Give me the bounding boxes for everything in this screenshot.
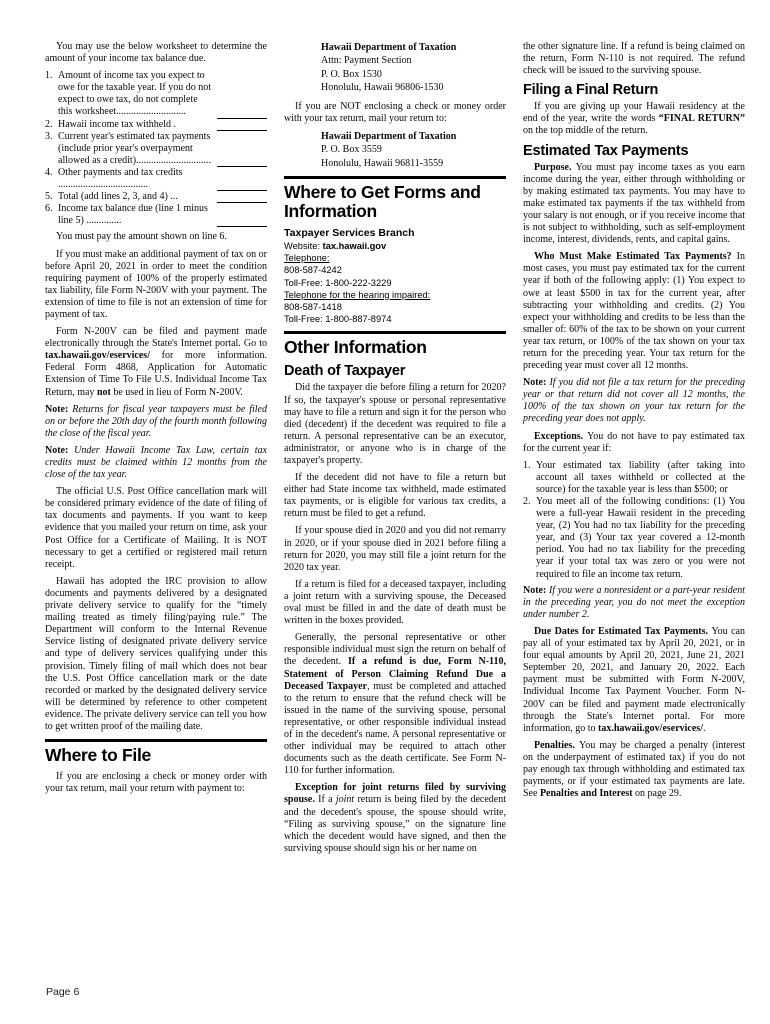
mailing-address-no-payment: Hawaii Department of Taxation P. O. Box …	[321, 130, 506, 170]
worksheet-blank-line	[217, 156, 267, 167]
worksheet-item-text: Current year's estimated tax payments (i…	[58, 131, 212, 167]
worksheet-row-6: 6.Income tax balance due (line 1 minus l…	[45, 203, 267, 227]
worksheet-blank-line	[217, 108, 267, 119]
section-divider	[284, 331, 506, 334]
taxpayer-services-contact: Taxpayer Services Branch Website: tax.ha…	[284, 227, 506, 325]
paragraph: Did the taxpayer die before filing a ret…	[284, 382, 506, 467]
worksheet-item-number: 1.	[45, 70, 58, 82]
paragraph: If a return is filed for a deceased taxp…	[284, 579, 506, 627]
website-link-text: tax.hawaii.gov	[323, 241, 387, 251]
worksheet-row-1: 1.Amount of income tax you expect to owe…	[45, 70, 267, 118]
column-layout: You may use the below worksheet to deter…	[45, 41, 740, 860]
mailing-address-payment: Hawaii Department of Taxation Attn: Paym…	[321, 41, 506, 95]
website-label: Website:	[284, 241, 323, 251]
worksheet-blank-line	[217, 180, 267, 191]
contact-website-line: Website: tax.hawaii.gov	[284, 240, 506, 252]
eservices-link-text: tax.hawaii.gov/eservices/	[45, 350, 150, 361]
worksheet-item-text: Income tax balance due (line 1 minus lin…	[58, 203, 212, 227]
paragraph: Exceptions. You do not have to pay estim…	[523, 431, 745, 455]
paragraph: The official U.S. Post Office cancellati…	[45, 486, 267, 571]
note-text: Returns for fiscal year taxpayers must b…	[45, 404, 267, 439]
paragraph: Due Dates for Estimated Tax Payments. Yo…	[523, 626, 745, 735]
paragraph: If you must make an additional payment o…	[45, 249, 267, 322]
runin-heading: Who Must Make Estimated Tax Payments?	[534, 251, 737, 262]
text-run: You can pay all of your estimated tax by…	[523, 626, 745, 734]
worksheet-blank-line	[217, 192, 267, 203]
text-run: If a	[318, 794, 336, 805]
worksheet-item-number: 4.	[45, 167, 58, 179]
text-run: You must pay income taxes as you earn in…	[523, 162, 745, 246]
column-left: You may use the below worksheet to deter…	[45, 41, 267, 860]
runin-heading: Penalties.	[534, 740, 579, 751]
text-run: , must be completed and attached to the …	[284, 681, 506, 777]
contact-tty-tollfree-number: Toll-Free: 1-800-887-8974	[284, 313, 506, 325]
paragraph: If you are NOT enclosing a check or mone…	[284, 101, 506, 125]
text-run: .	[703, 723, 706, 734]
list-item-text: You meet all of the following conditions…	[536, 496, 745, 581]
paragraph: Exception for joint returns filed by sur…	[284, 782, 506, 855]
paragraph: Penalties. You may be charged a penalty …	[523, 740, 745, 800]
text-run: In most cases, you must pay estimated ta…	[523, 251, 745, 371]
intro-paragraph: You may use the below worksheet to deter…	[45, 41, 267, 65]
page-number: Page 6	[46, 986, 79, 998]
address-line: Honolulu, Hawaii 96811-3559	[321, 157, 506, 170]
text-run: “FINAL RETURN”	[659, 113, 745, 124]
heading-other-information: Other Information	[284, 338, 506, 357]
runin-heading: Exceptions.	[534, 431, 587, 442]
note-label: Note:	[523, 377, 549, 388]
paragraph: Form N-200V can be filed and payment mad…	[45, 326, 267, 399]
worksheet-blank-line	[217, 216, 267, 227]
paragraph: If the decedent did not have to file a r…	[284, 472, 506, 520]
heading-death-of-taxpayer: Death of Taxpayer	[284, 363, 506, 379]
text-run: be used in lieu of Form N-200V.	[111, 387, 243, 398]
heading-where-to-file: Where to File	[45, 746, 267, 765]
text-run: joint	[336, 794, 354, 805]
column-middle: Hawaii Department of Taxation Attn: Paym…	[284, 41, 506, 860]
exceptions-list: 1.Your estimated tax liability (after ta…	[523, 460, 745, 581]
worksheet-blank-line	[217, 120, 267, 131]
worksheet-row-2: 2.Hawaii income tax withheld .	[45, 119, 267, 131]
text-run: not	[97, 387, 111, 398]
note-label: Note:	[45, 445, 74, 456]
worksheet-item-text: Hawaii income tax withheld .	[58, 119, 212, 131]
text-run: Penalties and Interest	[540, 788, 633, 799]
heading-filing-a-final-return: Filing a Final Return	[523, 82, 745, 98]
note-paragraph: Note: If you were a nonresident or a par…	[523, 585, 745, 621]
contact-tollfree-number: Toll-Free: 1-800-222-3229	[284, 277, 506, 289]
list-item-2: 2.You meet all of the following conditio…	[523, 496, 745, 581]
worksheet-row-3: 3.Current year's estimated tax payments …	[45, 131, 267, 167]
worksheet-item-number: 3.	[45, 131, 58, 143]
address-line: Hawaii Department of Taxation	[321, 130, 506, 143]
note-label: Note:	[45, 404, 72, 415]
eservices-link-text: tax.hawaii.gov/eservices/	[598, 723, 703, 734]
contact-telephone-label: Telephone:	[284, 252, 506, 264]
note-paragraph: Note: Under Hawaii Income Tax Law, certa…	[45, 445, 267, 481]
section-divider	[45, 739, 267, 742]
list-item-number: 2.	[523, 496, 536, 581]
document-page: You may use the below worksheet to deter…	[0, 0, 770, 1024]
paragraph: If you are enclosing a check or money or…	[45, 771, 267, 795]
contact-tty-number: 808-587-1418	[284, 301, 506, 313]
list-item-number: 1.	[523, 460, 536, 496]
address-line: Attn: Payment Section	[321, 54, 506, 67]
address-line: P. O. Box 3559	[321, 143, 506, 156]
note-label: Note:	[523, 585, 549, 596]
worksheet-item-number: 6.	[45, 203, 58, 215]
address-line: Hawaii Department of Taxation	[321, 41, 506, 54]
worksheet-row-5: 5.Total (add lines 2, 3, and 4) ...	[45, 191, 267, 203]
paragraph: Who Must Make Estimated Tax Payments? In…	[523, 251, 745, 372]
column-right: the other signature line. If a refund is…	[523, 41, 745, 860]
section-divider	[284, 176, 506, 179]
note-text: If you were a nonresident or a part-year…	[523, 585, 745, 620]
text-run: Form N-200V can be filed and payment mad…	[45, 326, 267, 349]
paragraph: Generally, the personal representative o…	[284, 632, 506, 777]
runin-heading: Due Dates for Estimated Tax Payments.	[534, 626, 711, 637]
paragraph: If you are giving up your Hawaii residen…	[523, 101, 745, 137]
list-item-text: Your estimated tax liability (after taki…	[536, 460, 745, 496]
pay-amount-line: You must pay the amount shown on line 6.	[45, 231, 267, 243]
note-text: If you did not file a tax return for the…	[523, 377, 745, 424]
worksheet-row-4: 4.Other payments and tax credits .......…	[45, 167, 267, 191]
note-paragraph: Note: Returns for fiscal year taxpayers …	[45, 404, 267, 440]
continuation-paragraph: the other signature line. If a refund is…	[523, 41, 745, 77]
worksheet-item-number: 5.	[45, 191, 58, 203]
tax-balance-worksheet: 1.Amount of income tax you expect to owe…	[45, 70, 267, 227]
note-text: Under Hawaii Income Tax Law, certain tax…	[45, 445, 267, 480]
note-paragraph: Note: If you did not file a tax return f…	[523, 377, 745, 425]
paragraph: If your spouse died in 2020 and you did …	[284, 525, 506, 573]
heading-where-to-get-forms: Where to Get Forms and Information	[284, 183, 506, 221]
paragraph: Hawaii has adopted the IRC provision to …	[45, 576, 267, 733]
runin-heading: Purpose.	[534, 162, 576, 173]
worksheet-item-text: Other payments and tax credits .........…	[58, 167, 212, 191]
list-item-1: 1.Your estimated tax liability (after ta…	[523, 460, 745, 496]
contact-tty-label: Telephone for the hearing impaired:	[284, 289, 506, 301]
heading-estimated-tax-payments: Estimated Tax Payments	[523, 143, 745, 159]
address-line: Honolulu, Hawaii 96806-1530	[321, 81, 506, 94]
contact-telephone-number: 808-587-4242	[284, 264, 506, 276]
text-run: on page 29.	[633, 788, 682, 799]
paragraph: Purpose. You must pay income taxes as yo…	[523, 162, 745, 247]
address-line: P. O. Box 1530	[321, 68, 506, 81]
text-run: on the top middle of the return.	[523, 125, 648, 136]
contact-branch-name: Taxpayer Services Branch	[284, 227, 506, 240]
worksheet-item-text: Amount of income tax you expect to owe f…	[58, 70, 212, 118]
worksheet-item-text: Total (add lines 2, 3, and 4) ...	[58, 191, 212, 203]
worksheet-item-number: 2.	[45, 119, 58, 131]
